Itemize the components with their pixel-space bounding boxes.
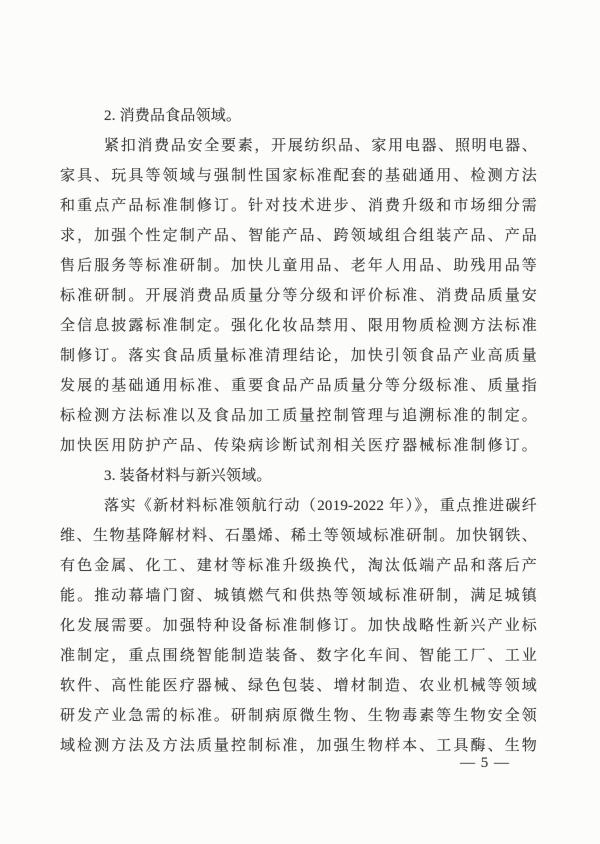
scanned-page: 2. 消费品食品领域。 紧扣消费品安全要素，开展纺织品、家用电器、照明电器、 家… — [0, 0, 600, 844]
text-line: 软件、高性能医疗器械、绿色包装、增材制造、农业机械等领域 — [60, 671, 537, 701]
text-line: 加快医用防护产品、传染病诊断试剂相关医疗器械标准制修订。 — [60, 431, 537, 461]
text-line: 标检测方法标准以及食品加工质量控制管理与追溯标准的制定。 — [60, 401, 537, 431]
text-line: 落实《新材料标准领航行动（2019-2022 年）》，重点推进碳纤 — [60, 491, 537, 521]
page-number: — 5 — — [460, 752, 510, 774]
text-line: 有色金属、化工、建材等标准升级换代，淘汰低端产品和落后产 — [60, 551, 537, 581]
text-line: 家具、玩具等领域与强制性国家标准配套的基础通用、检测方法 — [60, 161, 537, 191]
text-line: 化发展需要。加强特种设备标准制修订。加快战略性新兴产业标 — [60, 611, 537, 641]
text-line: 能。推动幕墙门窗、城镇燃气和供热等领域标准研制，满足城镇 — [60, 581, 537, 611]
text-line: 全信息披露标准制定。强化化妆品禁用、限用物质检测方法标准 — [60, 311, 537, 341]
text-line: 紧扣消费品安全要素，开展纺织品、家用电器、照明电器、 — [60, 131, 537, 161]
text-line: 维、生物基降解材料、石墨烯、稀土等领域标准研制。加快钢铁、 — [60, 521, 537, 551]
text-line: 准制定，重点围绕智能制造装备、数字化车间、智能工厂、工业 — [60, 641, 537, 671]
text-line: 求，加强个性定制产品、智能产品、跨领域组合组装产品、产品 — [60, 221, 537, 251]
text-line: 和重点产品标准制修订。针对技术进步、消费升级和市场细分需 — [60, 191, 537, 221]
section-2-heading: 2. 消费品食品领域。 — [60, 101, 537, 131]
text-line: 制修订。落实食品质量标准清理结论，加快引领食品产业高质量 — [60, 341, 537, 371]
text-line: 售后服务等标准研制。加快儿童用品、老年人用品、助残用品等 — [60, 251, 537, 281]
text-line: 发展的基础通用标准、重要食品产品质量分等分级标准、质量指 — [60, 371, 537, 401]
document-body: 2. 消费品食品领域。 紧扣消费品安全要素，开展纺织品、家用电器、照明电器、 家… — [60, 101, 537, 761]
section-3-heading: 3. 装备材料与新兴领域。 — [60, 461, 537, 491]
text-line: 标准研制。开展消费品质量分等分级和评价标准、消费品质量安 — [60, 281, 537, 311]
text-line: 研发产业急需的标准。研制病原微生物、生物毒素等生物安全领 — [60, 701, 537, 731]
